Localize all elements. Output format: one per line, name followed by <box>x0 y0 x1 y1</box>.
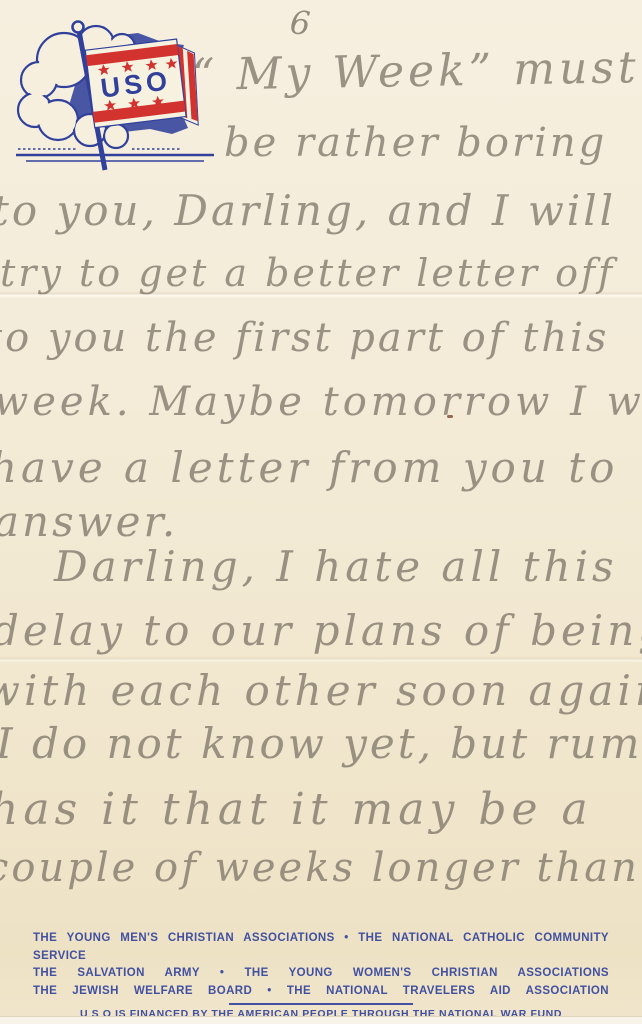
footer-organizations-line: THE SALVATION ARMY • THE YOUNG WOMEN'S C… <box>33 965 609 983</box>
footer-divider <box>229 1003 413 1005</box>
handwritten-line: be rather boring <box>224 120 607 166</box>
paper-bottom-edge <box>0 1016 642 1024</box>
uso-flag-logo: USO <box>12 16 222 178</box>
handwritten-line: to you, Darling, and I will <box>0 186 616 235</box>
handwritten-line: with each other soon again. <box>0 666 642 715</box>
handwritten-line: try to get a better letter off <box>0 251 615 295</box>
handwritten-line: week. Maybe tomorrow I will <box>0 379 642 425</box>
handwritten-line: Darling, I hate all this <box>54 542 618 591</box>
paper-speck <box>447 415 453 418</box>
footer-organizations-line: THE YOUNG MEN'S CHRISTIAN ASSOCIATIONS •… <box>33 930 609 965</box>
stationery-footer: THE YOUNG MEN'S CHRISTIAN ASSOCIATIONS •… <box>33 930 609 1020</box>
handwritten-line: couple of weeks longer than I <box>0 845 642 891</box>
handwritten-line: has it that it may be a <box>0 784 593 835</box>
handwritten-line: answer. <box>0 497 178 546</box>
page-number: 6 <box>289 3 312 42</box>
letter-page: USO 6 “ My Week” must be rather boring t… <box>0 0 642 1024</box>
handwritten-line: have a letter from you to <box>0 443 618 492</box>
fold-crease <box>0 656 642 663</box>
handwritten-line: “ My Week” must <box>192 42 640 101</box>
footer-organizations-line: THE JEWISH WELFARE BOARD • THE NATIONAL … <box>33 983 609 1001</box>
handwritten-line: to you the first part of this <box>0 315 609 361</box>
handwritten-line: I do not know yet, but rumor <box>0 719 642 768</box>
handwritten-line: delay to our plans of being <box>0 606 642 655</box>
